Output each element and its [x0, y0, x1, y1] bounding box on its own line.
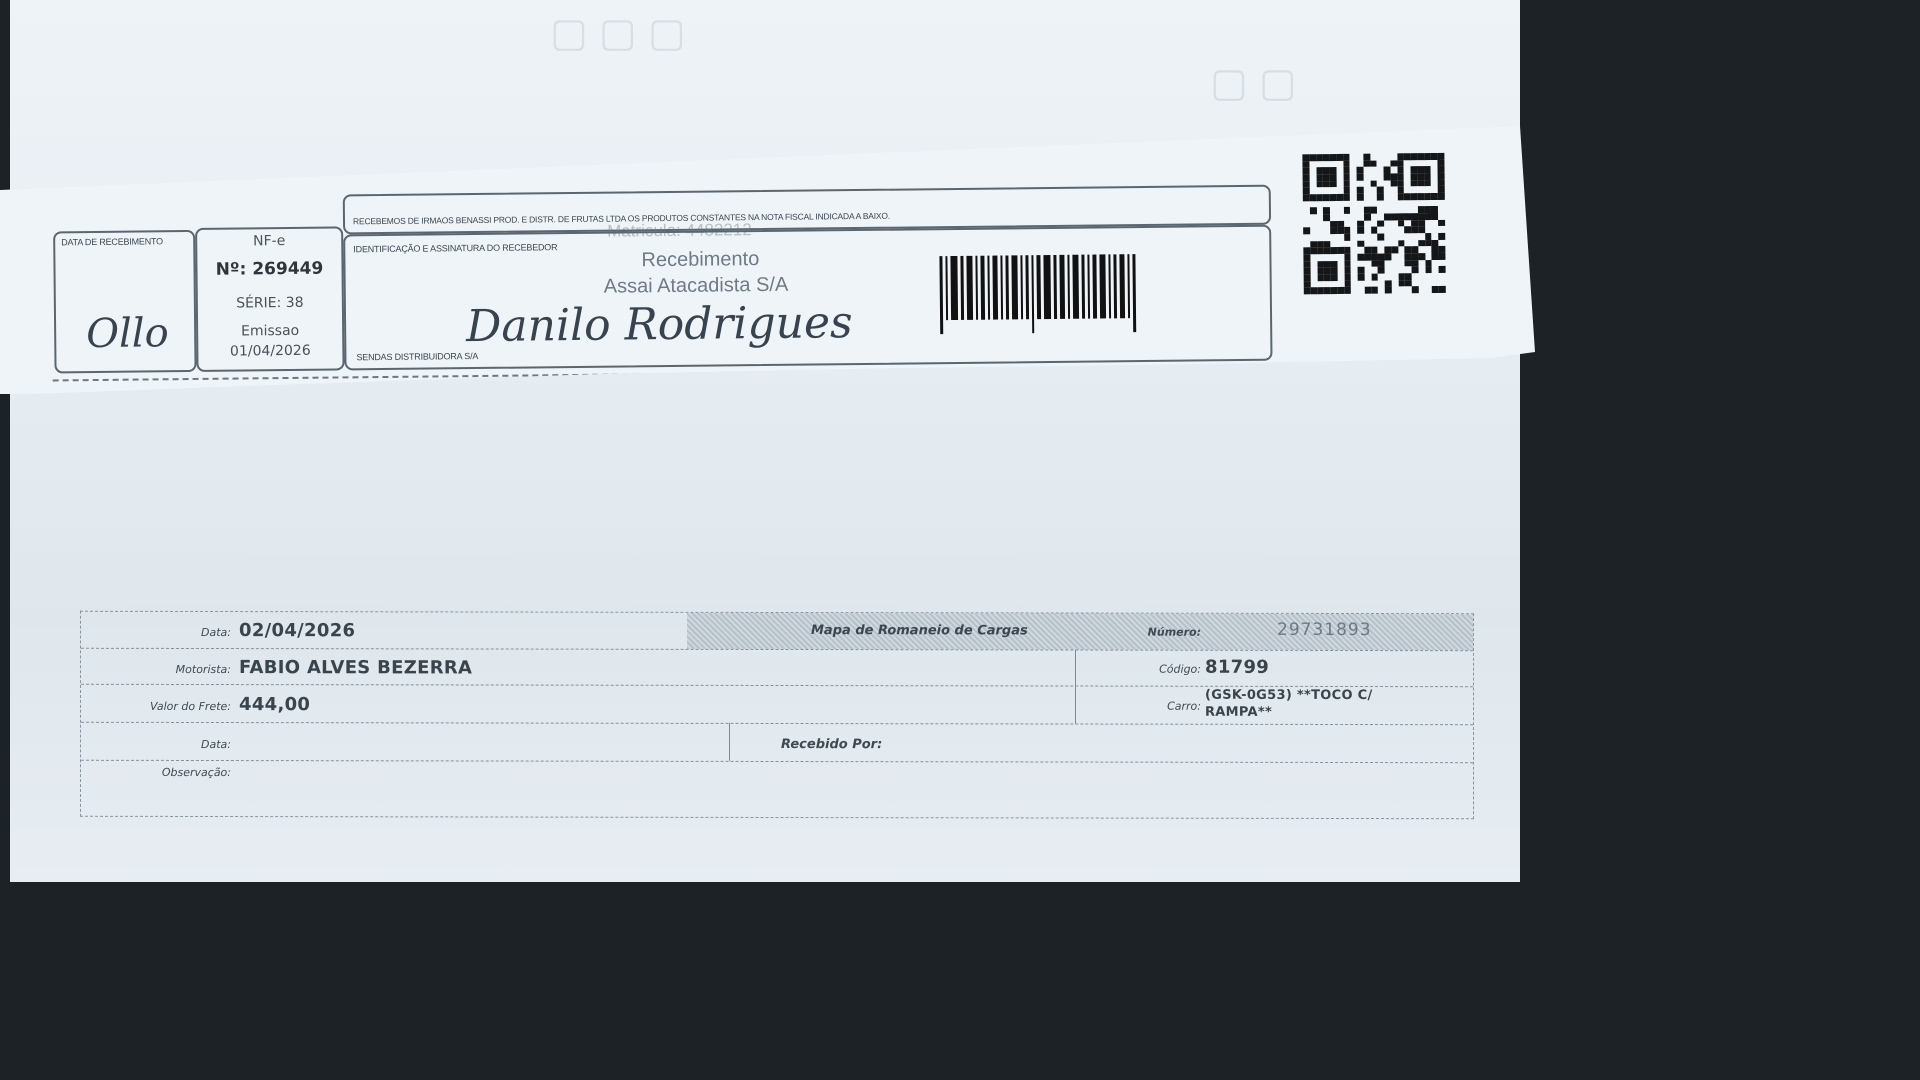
- receiver-identification-label: IDENTIFICAÇÃO E ASSINATURA DO RECEBEDOR: [353, 242, 557, 254]
- receipt-date-signature: Ollo: [86, 310, 169, 357]
- codigo-value: 81799: [1205, 657, 1269, 678]
- bleed-through-text: ▢ ▢: [1210, 60, 1297, 106]
- motorista-value: FABIO ALVES BEZERRA: [239, 657, 472, 678]
- receiver-identification-box: IDENTIFICAÇÃO E ASSINATURA DO RECEBEDOR …: [343, 225, 1272, 371]
- nfe-serie: SÉRIE: 38: [198, 294, 342, 312]
- numero-value: 29731893: [1277, 620, 1372, 640]
- recipient-company: SENDAS DISTRIBUIDORA S/A: [356, 351, 478, 362]
- stamp-line1: Recebimento: [641, 248, 759, 272]
- nfe-number: Nº: 269449: [197, 258, 341, 280]
- stamp-line2: Assai Atacadista S/A: [604, 274, 789, 299]
- data-label: Data:: [161, 626, 231, 639]
- divider: [729, 723, 730, 761]
- romaneio-table: Data: 02/04/2026 Mapa de Romaneio de Car…: [80, 611, 1474, 819]
- data2-label: Data:: [161, 738, 231, 751]
- numero-label: Número:: [1121, 626, 1201, 639]
- receiver-signature: Danilo Rodrigues: [466, 297, 853, 352]
- motorista-label: Motorista:: [121, 663, 231, 676]
- divider: [1075, 650, 1076, 686]
- qr-code: [1302, 153, 1445, 294]
- nfe-info-box: NF-e Nº: 269449 SÉRIE: 38 Emissao 01/04/…: [195, 226, 344, 372]
- divider: [1075, 686, 1076, 724]
- recebido-label: Recebido Por:: [781, 737, 923, 752]
- nfe-emissao-label: Emissao: [198, 322, 342, 340]
- row-frete: Valor do Frete: 444,00 Carro: (GSK-0G53)…: [81, 684, 1473, 725]
- frete-label: Valor do Frete:: [111, 700, 231, 713]
- row-observacao: Observação:: [81, 760, 1473, 818]
- observacao-label: Observação:: [131, 766, 231, 779]
- nfe-title: NF-e: [197, 232, 341, 250]
- carro-value-line2: RAMPA**: [1205, 705, 1272, 720]
- receipt-date-label: DATA DE RECEBIMENTO: [61, 236, 163, 247]
- romaneio-title: Mapa de Romaneio de Cargas: [811, 623, 1028, 638]
- bleed-through-text: ▢ ▢ ▢: [550, 10, 686, 56]
- codigo-label: Código:: [1121, 663, 1201, 676]
- frete-value: 444,00: [239, 694, 310, 715]
- row-motorista: Motorista: FABIO ALVES BEZERRA Código: 8…: [81, 648, 1473, 687]
- receipt-date-box: DATA DE RECEBIMENTO Ollo: [53, 230, 196, 373]
- carro-label: Carro:: [1121, 700, 1201, 713]
- row-data: Data: 02/04/2026 Mapa de Romaneio de Car…: [81, 612, 1473, 651]
- data-value: 02/04/2026: [239, 620, 355, 641]
- nfe-emissao-date: 01/04/2026: [198, 342, 342, 360]
- barcode: [939, 254, 1139, 334]
- row-recebimento: Data: Recebido Por:: [81, 722, 1473, 763]
- carro-value-line1: (GSK-0G53) **TOCO C/: [1205, 688, 1373, 703]
